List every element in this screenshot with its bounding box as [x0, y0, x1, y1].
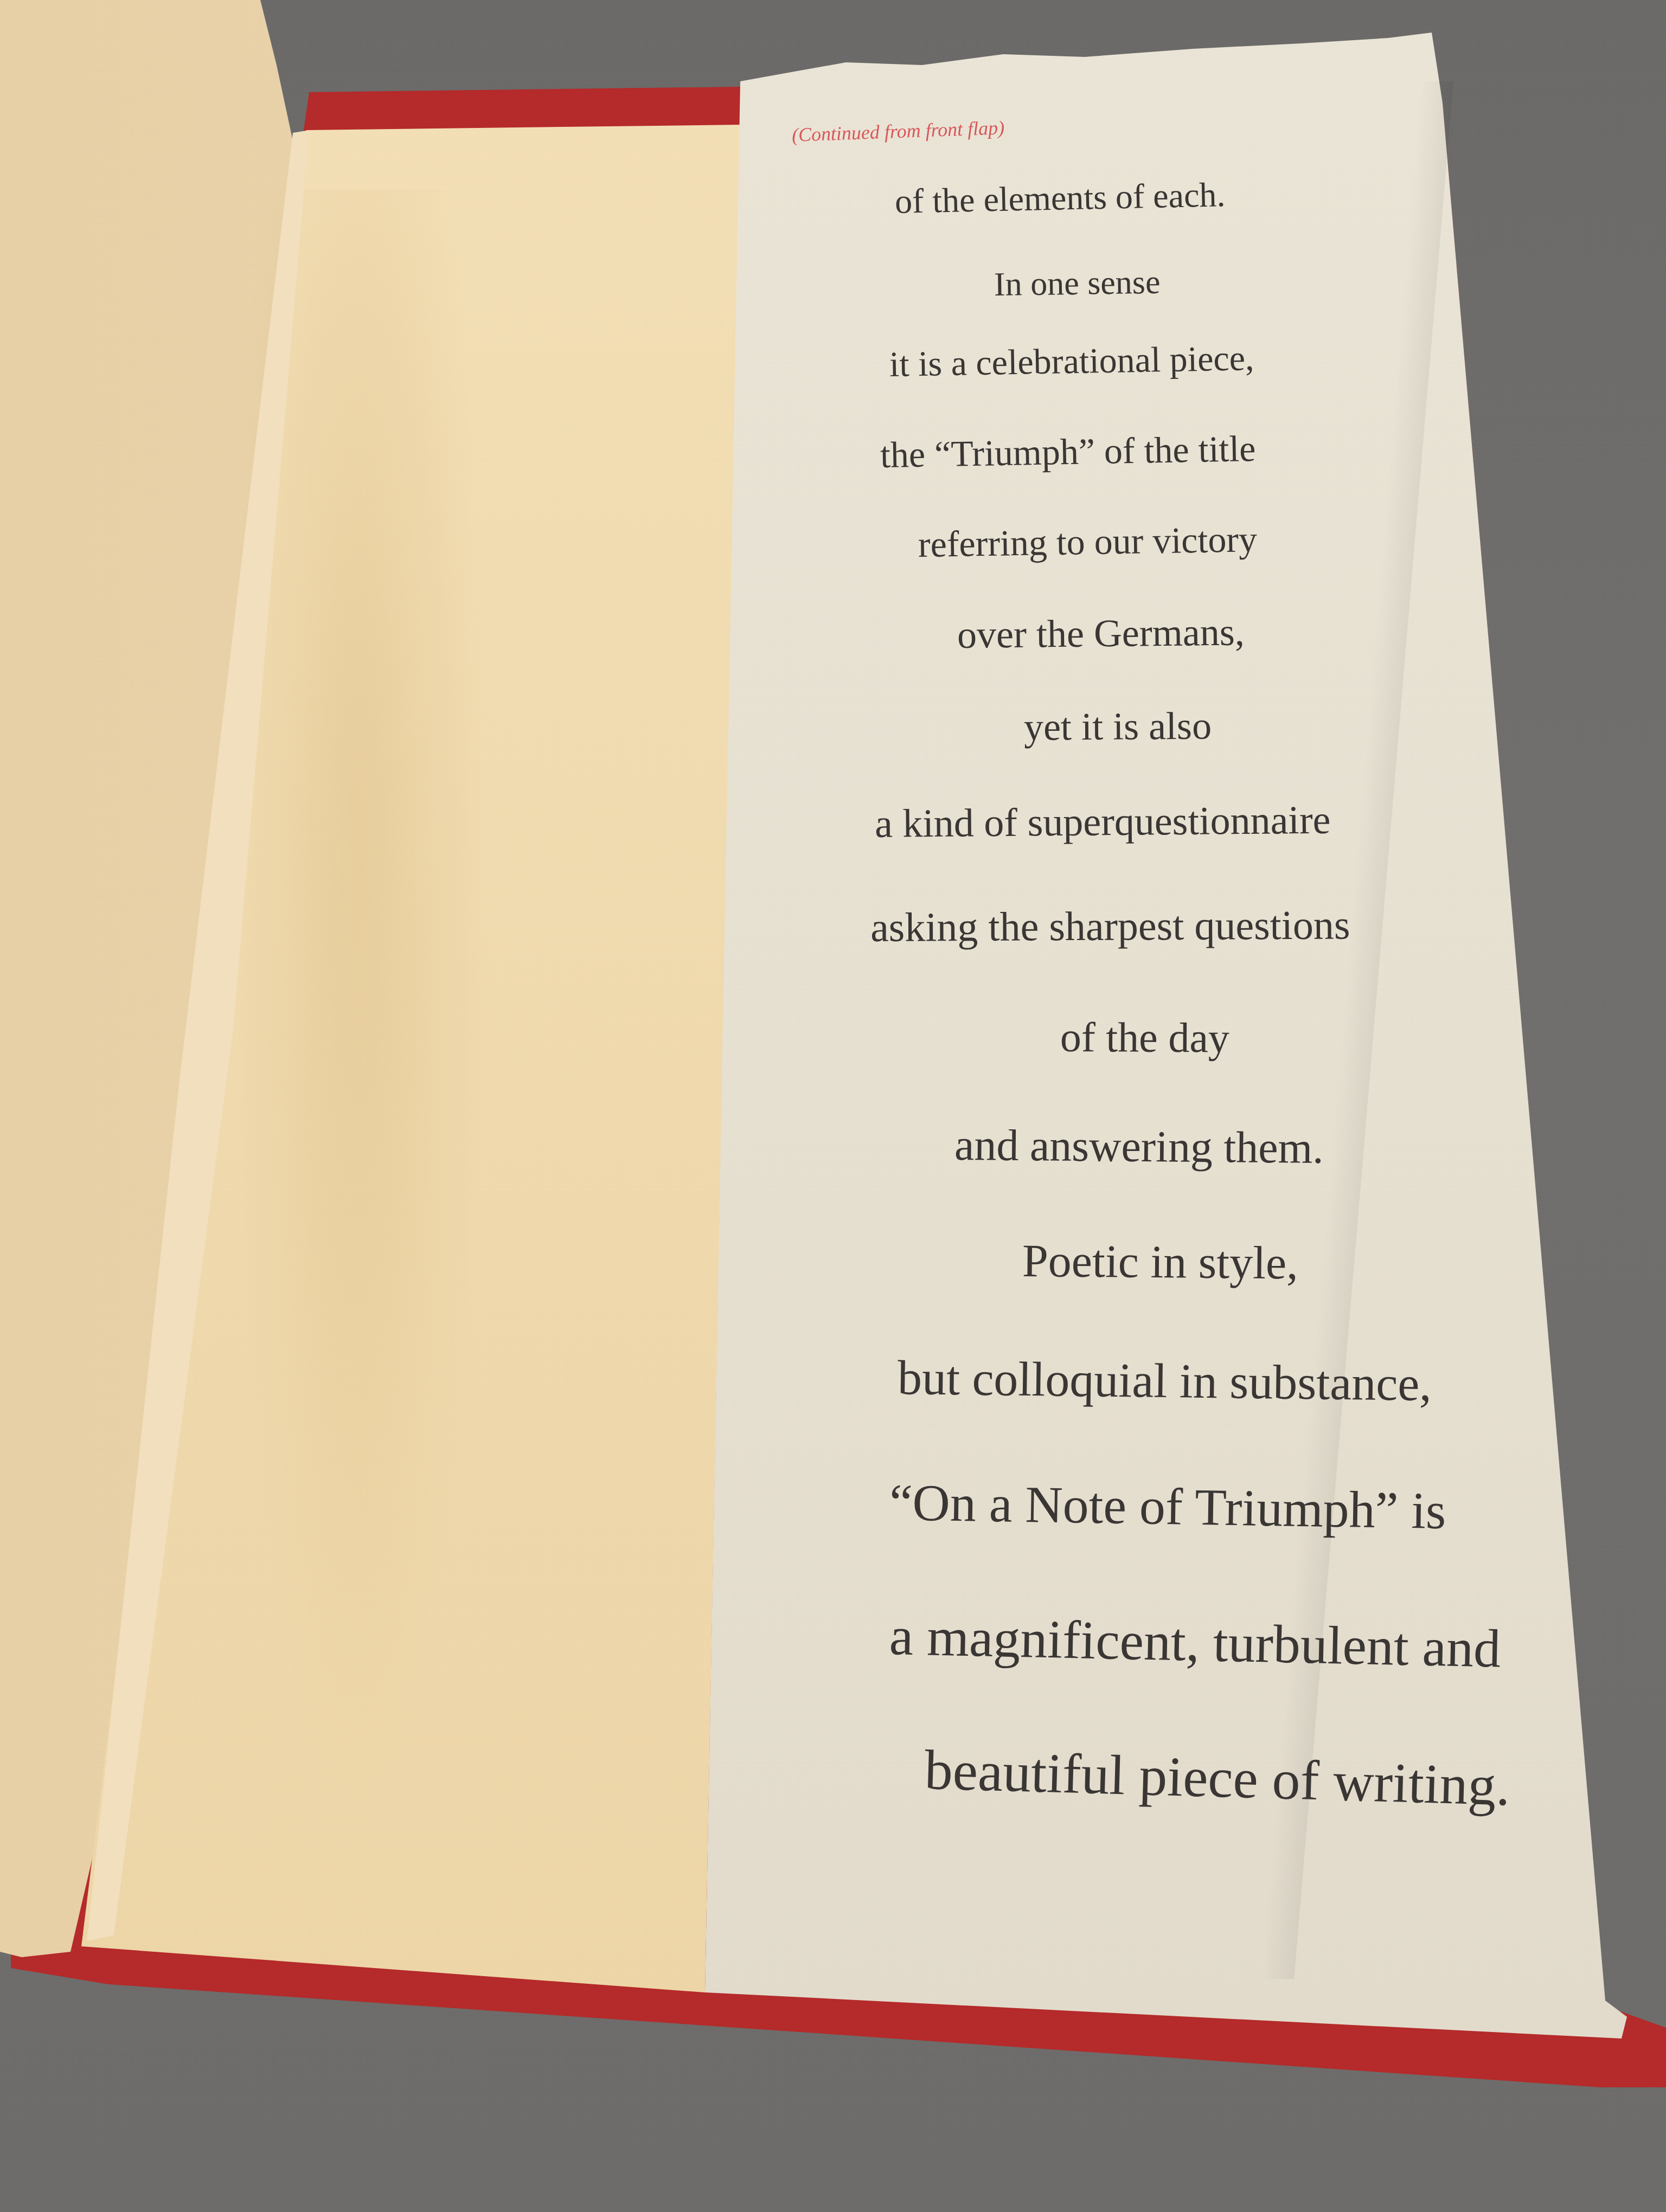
flap-text-line: and answering them.: [954, 1120, 1324, 1174]
flap-text-line: over the Germans,: [957, 609, 1245, 658]
flap-text-line: the “Triumph” of the title: [880, 427, 1256, 477]
flap-text-line: In one sense: [994, 263, 1161, 304]
flap-text-line: Poetic in style,: [1022, 1233, 1299, 1290]
flap-text-line: referring to our victory: [918, 518, 1257, 566]
flap-text-line: it is a celebrational piece,: [889, 338, 1254, 385]
flap-text-line: a magnificent, turbulent and: [889, 1605, 1502, 1680]
flap-text-line: but colloquial in substance,: [897, 1350, 1432, 1412]
flap-text-line: asking the sharpest questions: [870, 902, 1350, 951]
flap-text-line: a kind of superquestionnaire: [875, 798, 1331, 847]
flap-text-line: yet it is also: [1024, 704, 1212, 750]
flap-text-line: of the day: [1060, 1013, 1229, 1063]
flap-text-line: “On a Note of Triumph” is: [889, 1472, 1446, 1541]
flap-text-line: of the elements of each.: [894, 175, 1226, 222]
